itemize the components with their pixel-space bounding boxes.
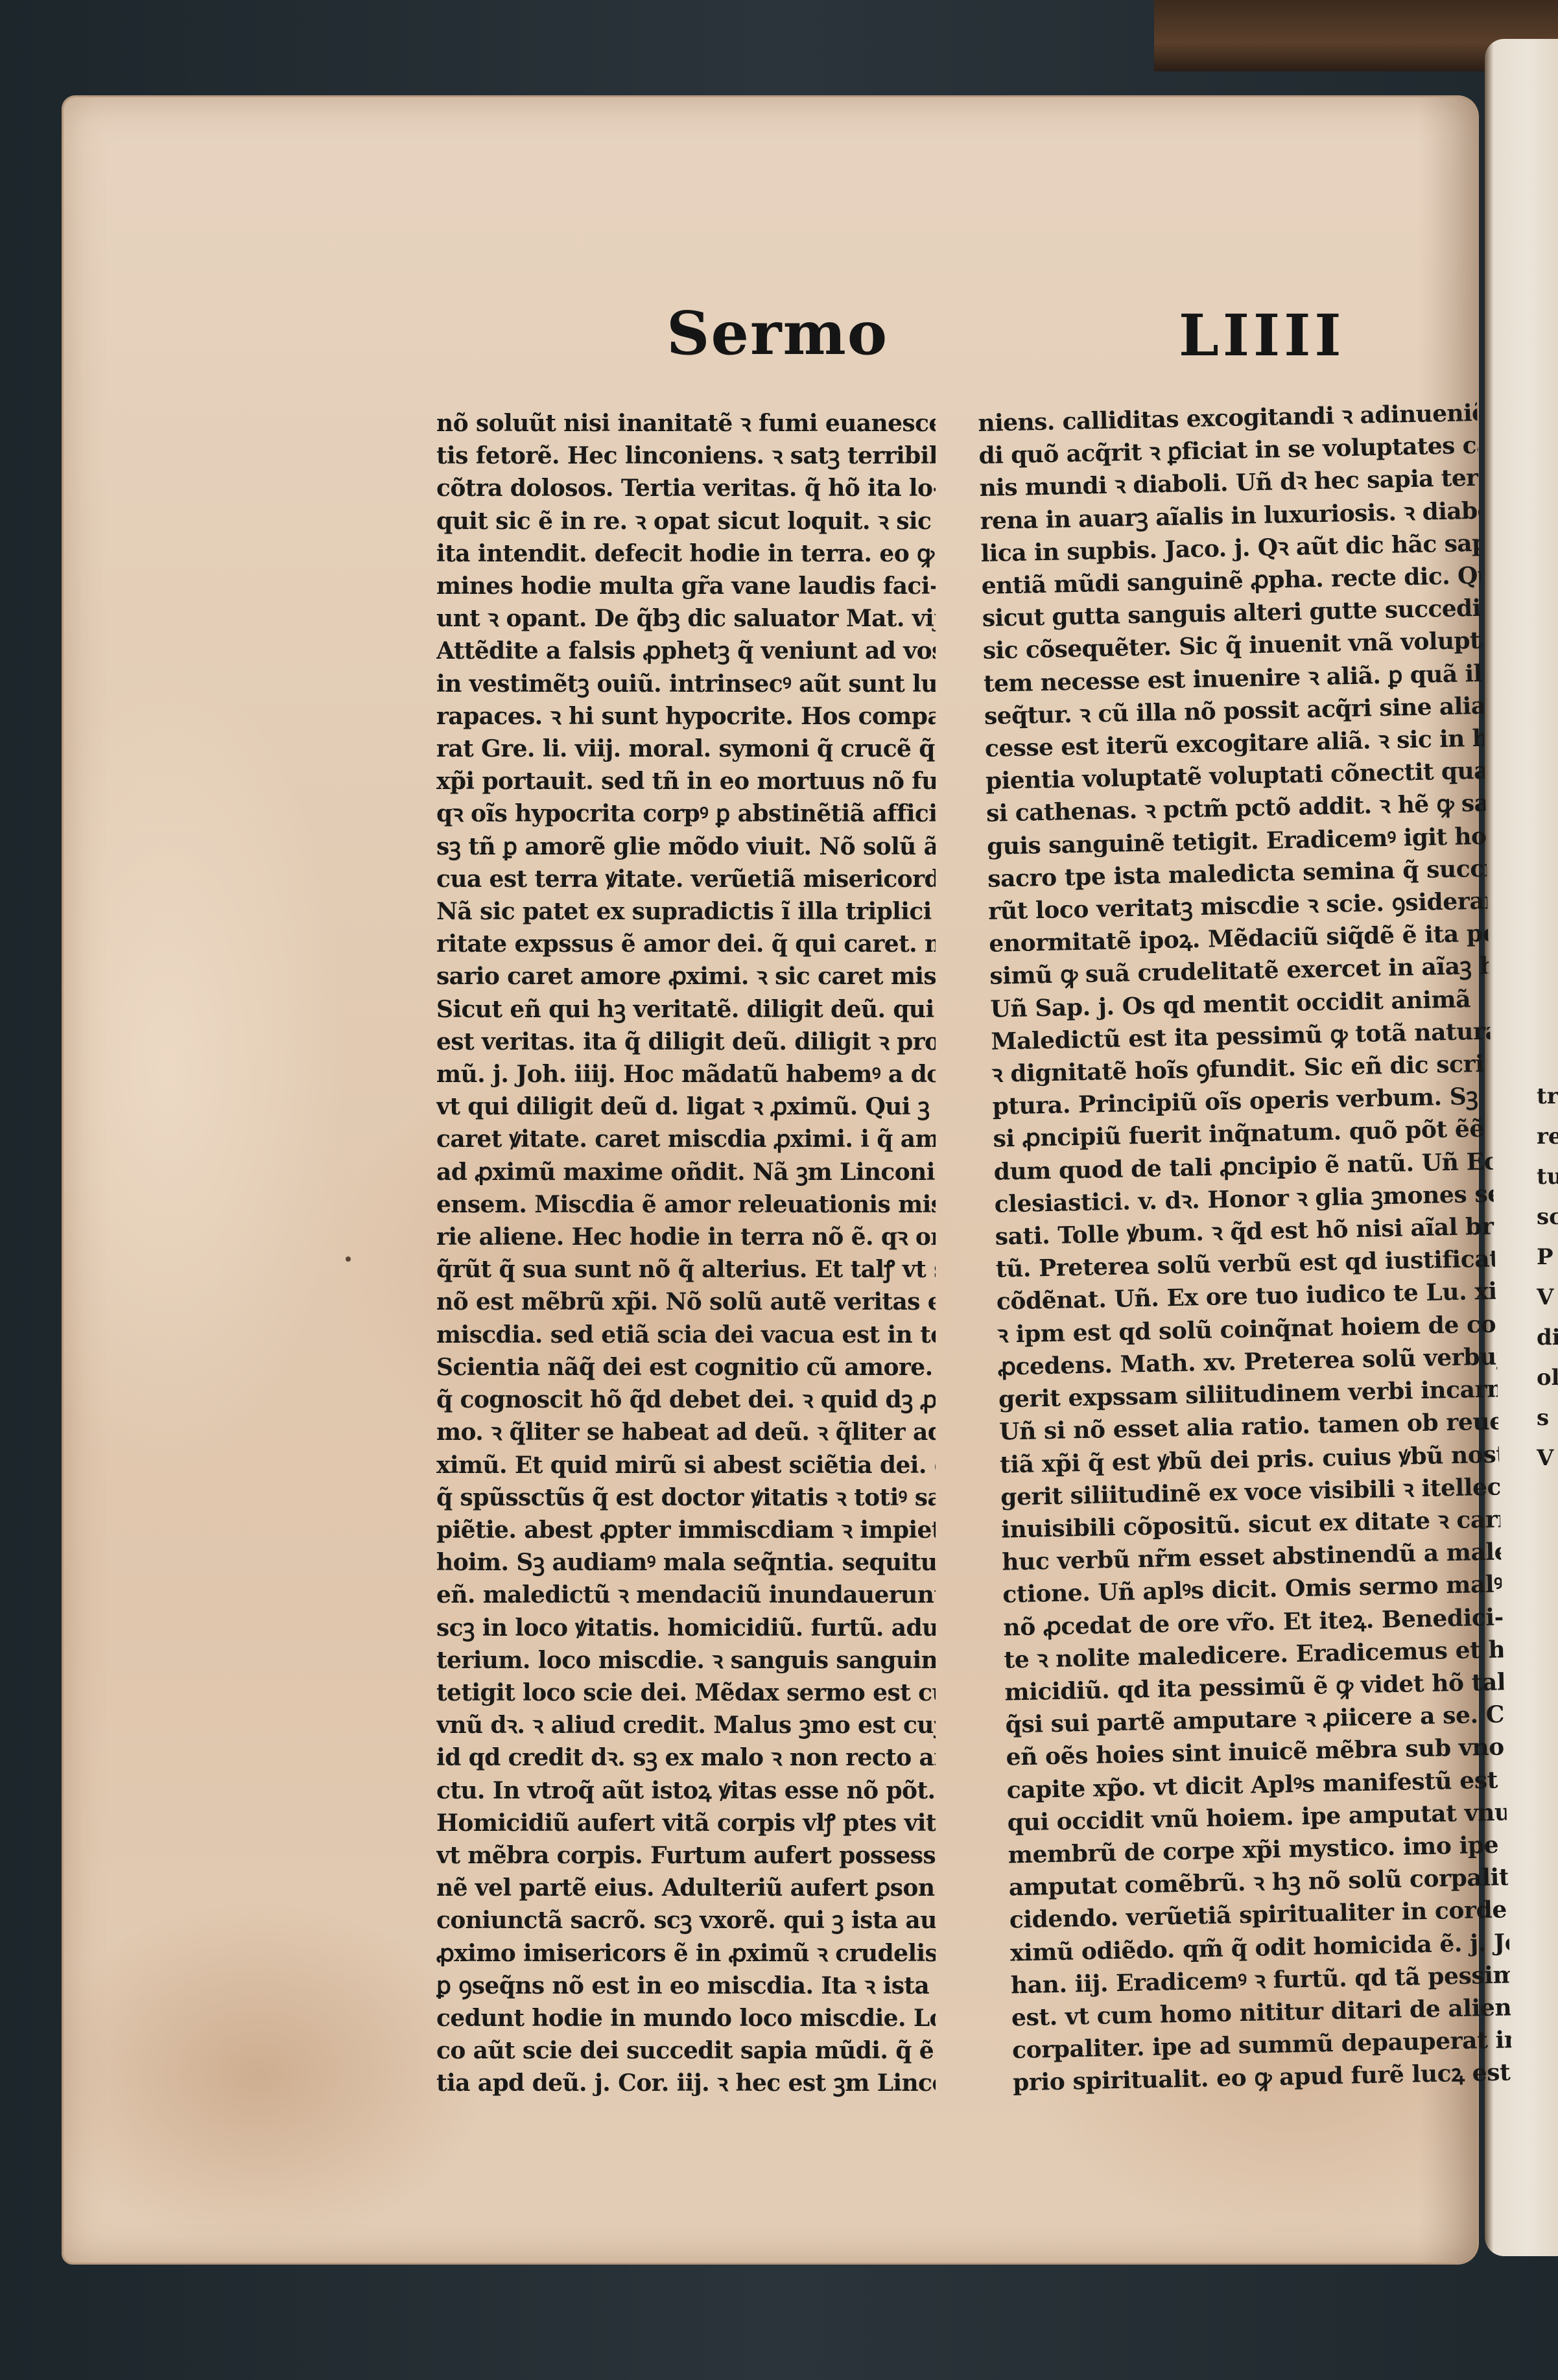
ink-spot (346, 1256, 351, 1262)
facing-page-text-fragment: di (1537, 1317, 1558, 1358)
text-line: cua est terra ꝟitate. verũetiã misericor… (436, 863, 936, 895)
text-line: rapaces. ꝛ hi sunt hypocrite. Hos compa (436, 700, 936, 733)
facing-page-text-fragment: ol (1537, 1358, 1558, 1398)
text-line: tetigit loco scie dei. Mẽdax sermo est c… (436, 1677, 936, 1709)
text-line: scꝫ in loco ꝟitatis. homicidiũ. furtũ. a… (436, 1612, 936, 1644)
text-line: ritate expssus ẽ amor dei. q̃ qui caret.… (436, 928, 936, 960)
text-line: tis fetorẽ. Hec linconiens. ꝛ satꝫ terri… (436, 440, 936, 472)
text-line: Attẽdite a falsis ꝓphetꝫ q̃ veniunt ad v… (436, 635, 936, 667)
text-line: tia apd deũ. j. Cor. iij. ꝛ hec est ꝫm L… (436, 2067, 936, 2099)
facing-page-text-fragment: tr (1537, 1076, 1558, 1116)
folio-number: LIIII (1179, 301, 1345, 369)
text-line: rie aliene. Hec hodie in terra nõ ẽ. qꝛ … (436, 1221, 936, 1253)
text-line: coniunctã sacrõ. scꝫ vxorẽ. qui ꝫ ista a… (436, 1904, 936, 1937)
text-line: sario caret amore ꝓximi. ꝛ sic caret mis… (436, 960, 936, 993)
text-line: nõ soluũt nisi inanitatẽ ꝛ fumi euanesce… (436, 407, 936, 440)
text-line: eñ. maledictũ ꝛ mendaciũ inundauerunt (436, 1579, 936, 1611)
text-line: ita intendit. defecit hodie in terra. eo… (436, 537, 936, 570)
text-line: id qd credit dꝛ. sꝫ ex malo ꝛ non recto … (436, 1741, 936, 1774)
facing-page-text-fragment: s (1537, 1398, 1558, 1438)
text-line: hoim. Sꝫ audiamꝰ mala seq̃ntia. sequitur (436, 1546, 936, 1579)
text-line: Scientia nãq̃ dei est cognitio cũ amore. (436, 1351, 936, 1384)
text-line: qꝛ oĩs hypocrita corpꝰ ꝑ abstinẽtiã affi… (436, 797, 936, 830)
text-line: piẽtie. abest ꝓpter immiscdiam ꝛ impieta… (436, 1514, 936, 1546)
text-line: mũ. j. Joh. iiij. Hoc mãdatũ habemꝰ a do (436, 1058, 936, 1090)
text-line: q̃ cognoscit hõ q̃d debet dei. ꝛ quid dꝫ… (436, 1384, 936, 1416)
text-line: unt ꝛ opant. De q̃bꝫ dic saluator Mat. v… (436, 602, 936, 635)
text-line: vt mẽbra corpis. Furtum aufert possessio… (436, 1839, 936, 1872)
text-line: caret ꝟitate. caret miscdia ꝓximi. i q̃ … (436, 1123, 936, 1155)
text-line: quit sic ẽ in re. ꝛ opat sicut loquit. ꝛ… (436, 505, 936, 537)
text-line: in vestimẽtꝫ ouiũ. intrinsecꝰ aũt sunt l… (436, 668, 936, 700)
running-head: Sermo LIIII (64, 298, 1477, 376)
text-line: Nã sic patet ex supradictis ĩ illa tripl… (436, 895, 936, 928)
text-line: nẽ vel partẽ eius. Adulteriũ aufert ꝑson… (436, 1872, 936, 1904)
facing-page-text-fragment: V (1537, 1438, 1558, 1478)
facing-page-text-fragment: P (1537, 1237, 1558, 1277)
text-line: Sicut eñ qui hꝫ veritatẽ. diligit deũ. q… (436, 993, 936, 1026)
text-column-right: niens. calliditas excogitandi ꝛ adinueni… (978, 397, 1513, 2099)
text-line: ensem. Miscdia ẽ amor releuationis mise (436, 1188, 936, 1221)
text-line: q̃ spũssctũs q̃ est doctor ꝟitatis ꝛ tot… (436, 1481, 936, 1514)
text-line: vt qui diligit deũ d. ligat ꝛ ꝓximũ. Qui… (436, 1090, 936, 1123)
text-line: est veritas. ita q̃ diligit deũ. diligit… (436, 1026, 936, 1058)
text-line: xp̃i portauit. sed tñ in eo mortuus nõ f… (436, 765, 936, 797)
text-line: cõtra dolosos. Tertia veritas. q̃ hõ ita… (436, 472, 936, 504)
book-page: Sermo LIIII nõ soluũt nisi inanitatẽ ꝛ f… (64, 97, 1477, 2263)
text-line: ctu. In vtroq̃ aũt istoꝝ ꝟitas esse nõ p… (436, 1774, 936, 1807)
text-line: Homicidiũ aufert vitã corpis vlꝭ ptes vi… (436, 1807, 936, 1839)
text-line: ad ꝓximũ maxime oñdit. Nã ꝫm Linconi (436, 1156, 936, 1188)
text-column-left: nõ soluũt nisi inanitatẽ ꝛ fumi euanesce… (436, 407, 936, 2100)
text-line: rat Gre. li. viij. moral. symoni q̃ cruc… (436, 733, 936, 765)
text-line: mines hodie multa gr̃a vane laudis faci- (436, 570, 936, 602)
text-line: ꝓximo imisericors ẽ in ꝓximũ ꝛ crudelis.… (436, 1937, 936, 1970)
text-line: nõ est mẽbrũ xp̃i. Nõ solũ autẽ veritas … (436, 1286, 936, 1318)
text-line: co aũt scie dei succedit sapia mũdi. q̃ … (436, 2034, 936, 2067)
text-line: ꝑ ꝯseq̃ns nõ est in eo miscdia. Ita ꝛ is… (436, 1970, 936, 2002)
text-line: mo. ꝛ q̃liter se habeat ad deũ. ꝛ q̃lite… (436, 1416, 936, 1448)
text-line: miscdia. sed etiã scia dei vacua est in … (436, 1319, 936, 1351)
facing-page-text-fragment: re (1537, 1116, 1558, 1157)
text-line: ximũ. Et quid mirũ si abest sciẽtia dei.… (436, 1449, 936, 1481)
text-line: cedunt hodie in mundo loco miscdie. Lo (436, 2002, 936, 2034)
facing-page-text-fragment: V (1537, 1277, 1558, 1317)
facing-page-text-fragment: tu (1537, 1157, 1558, 1197)
text-line: q̃rũt q̃ sua sunt nõ q̃ alterius. Et tal… (436, 1253, 936, 1286)
text-line: vnũ dꝛ. ꝛ aliud credit. Malus ꝫmo est cu… (436, 1709, 936, 1741)
facing-page-text-fragment: sc (1537, 1197, 1558, 1237)
text-line: sꝫ tñ ꝑ amorẽ glie mõdo viuit. Nõ solũ ã… (436, 831, 936, 863)
text-line: terium. loco miscdie. ꝛ sanguis sanguinẽ (436, 1644, 936, 1677)
running-title: Sermo (667, 298, 888, 368)
